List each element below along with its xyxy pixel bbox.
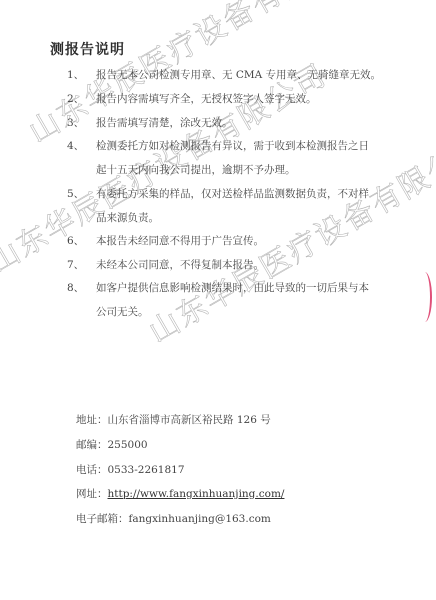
- item-number: 5、: [67, 186, 84, 201]
- item-number: 2、: [67, 91, 84, 106]
- item-text-continued: 起十五天内向我公司提出，逾期不予办理。: [96, 162, 296, 177]
- address-line: 地址：山东省淄博市高新区裕民路 126 号: [76, 412, 271, 427]
- email-line: 电子邮箱：fangxinhuanjing@163.com: [76, 511, 271, 526]
- red-seal-mark: [420, 272, 432, 322]
- item-text: 未经本公司同意，不得复制本报告。: [96, 257, 264, 272]
- postcode-line: 邮编：255000: [76, 437, 148, 452]
- item-number: 7、: [67, 257, 84, 272]
- item-number: 4、: [67, 138, 84, 153]
- item-text: 报告需填写清楚，涂改无效。: [96, 115, 233, 130]
- item-text: 检测委托方如对检测报告有异议，需于收到本检测报告之日: [96, 138, 369, 153]
- item-number: 1、: [67, 67, 84, 82]
- phone-line: 电话：0533-2261817: [76, 462, 185, 477]
- item-text: 报告内容需填写齐全，无授权签字人签字无效。: [96, 91, 317, 106]
- item-number: 8、: [67, 280, 84, 295]
- website-link[interactable]: http://www.fangxinhuanjing.com/: [108, 488, 285, 500]
- item-text: 报告无本公司检测专用章、无 CMA 专用章、无骑缝章无效。: [96, 67, 381, 82]
- report-notes-page: 山东华辰医疗设备有限公司 山东华辰医疗设备有限公司 山东华辰医疗设备有限公司 测…: [0, 0, 436, 600]
- page-title: 测报告说明: [50, 39, 125, 59]
- item-text-continued: 品来源负责。: [96, 210, 159, 225]
- item-text-continued: 公司无关。: [96, 304, 149, 319]
- item-number: 6、: [67, 233, 84, 248]
- item-text: 本报告未经同意不得用于广告宣传。: [96, 233, 264, 248]
- item-text: 有委托方采集的样品，仅对送检样品监测数据负责，不对样: [96, 186, 369, 201]
- item-number: 3、: [67, 115, 84, 130]
- website-label: 网址：: [76, 488, 108, 500]
- website-line: 网址：http://www.fangxinhuanjing.com/: [76, 486, 284, 501]
- item-text: 如客户提供信息影响检测结果时，由此导致的一切后果与本: [96, 280, 369, 295]
